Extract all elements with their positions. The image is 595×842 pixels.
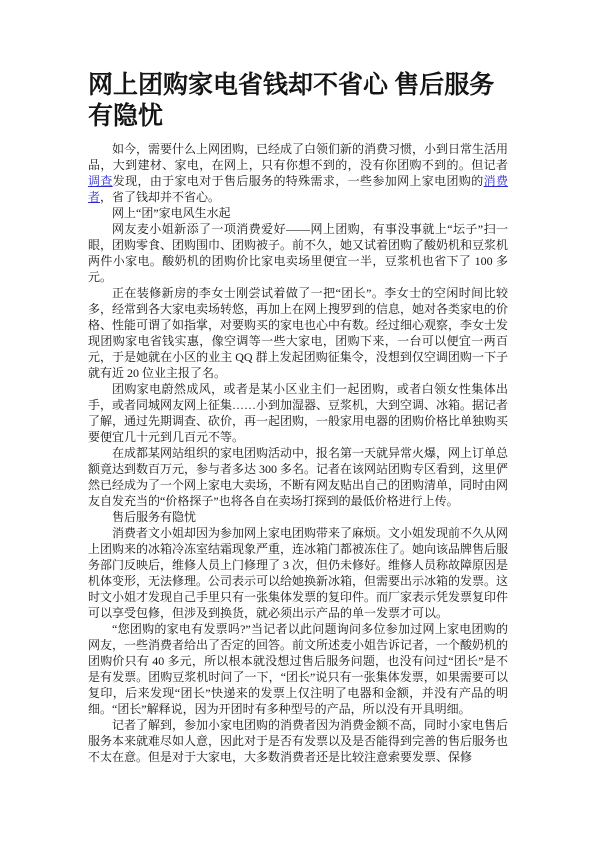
paragraph: 网友麦小姐新添了一项消费爱好——网上团购，有事没事就上“坛子”扫一眼，团购零食、… xyxy=(88,221,508,285)
paragraph: 正在装修新房的李女士刚尝试着做了一把“团长”。李女士的空闲时间比较多，经常到各大… xyxy=(88,285,508,381)
paragraph: “您团购的家电有发票吗?”当记者以此问题询问多位参加过网上家电团购的网友，一些消… xyxy=(88,621,508,717)
intro-paragraph: 如今，需要什么上网团购，已经成了白领们新的消费习惯，小到日常生活用品，大到建材、… xyxy=(88,141,508,205)
paragraph: 记者了解到，参加小家电团购的消费者因为消费金额不高，同时小家电售后服务本来就难尽… xyxy=(88,717,508,765)
section-heading-group-buying-rise: 网上“团”家电风生水起 xyxy=(88,205,508,221)
intro-text-1: 如今，需要什么上网团购，已经成了白领们新的消费习惯，小到日常生活用品，大到建材、… xyxy=(88,142,508,172)
article-title: 网上团购家电省钱却不省心 售后服务有隐忧 xyxy=(88,70,508,132)
document-page: 网上团购家电省钱却不省心 售后服务有隐忧 如今，需要什么上网团购，已经成了白领们… xyxy=(88,70,508,765)
survey-link[interactable]: 调查 xyxy=(88,174,113,188)
paragraph: 在成都某网站组织的家电团购活动中，报名第一天就异常火爆，网上订单总额竟达到数百万… xyxy=(88,445,508,509)
section-heading-aftersales-concern: 售后服务有隐忧 xyxy=(88,509,508,525)
intro-text-3: ，省了钱却并不省心。 xyxy=(100,190,220,204)
intro-text-2: 发现，由于家电对于售后服务的特殊需求，一些参加网上家电团购的 xyxy=(113,174,484,188)
paragraph: 团购家电蔚然成风，或者是某小区业主们一起团购，或者白领女性集体出手，或者同城网友… xyxy=(88,381,508,445)
paragraph: 消费者文小姐却因为参加网上家电团购带来了麻烦。文小姐发现前不久从网上团购来的冰箱… xyxy=(88,525,508,621)
